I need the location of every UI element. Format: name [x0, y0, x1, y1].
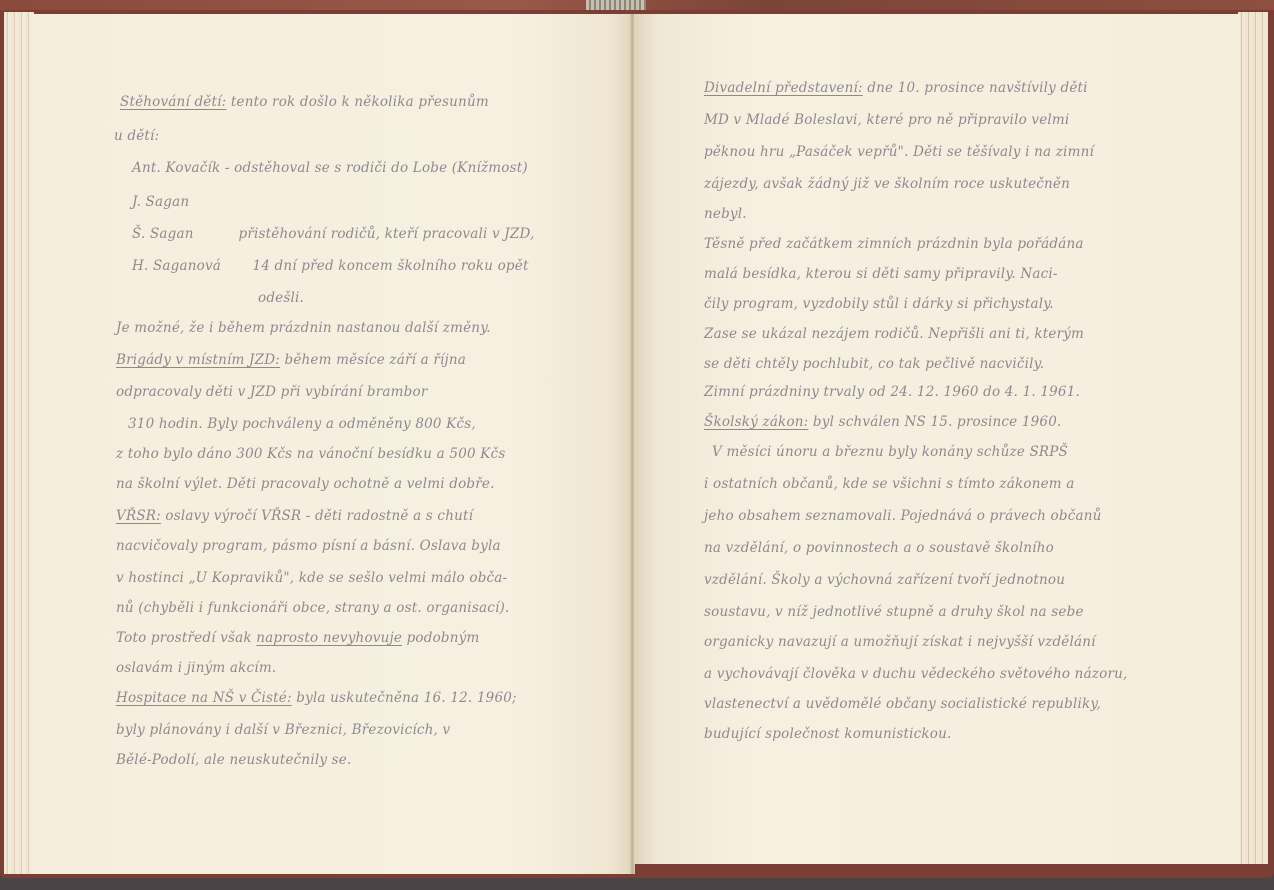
- section-heading: Stěhování dětí:: [120, 94, 226, 110]
- text-line: jeho obsahem seznamovali. Pojednává o pr…: [704, 508, 1102, 524]
- text-line: se děti chtěly pochlubit, co tak pečlivě…: [704, 356, 1044, 372]
- text-line: Toto prostředí však naprosto nevyhovuje …: [116, 630, 479, 646]
- text-line: nacvičovaly program, pásmo písní a básní…: [116, 538, 501, 554]
- text-line: zájezdy, avšak žádný již ve školním roce…: [704, 176, 1070, 192]
- text-line: oslavám i jiným akcím.: [116, 660, 276, 676]
- page-stack-left: [4, 12, 34, 874]
- section-heading: Brigády v místním JZD:: [116, 352, 280, 368]
- text-line: malá besídka, kterou si děti samy připra…: [704, 266, 1058, 282]
- text-line: pěknou hru „Pasáček vepřů". Děti se těší…: [704, 144, 1094, 160]
- text-line: Š. Sagan přistěhování rodičů, kteří prac…: [132, 226, 535, 242]
- text-line: organicky navazují a umožňují získat i n…: [704, 634, 1096, 650]
- text-line: 310 hodin. Byly pochváleny a odměněny 80…: [128, 416, 476, 432]
- left-page: Stěhování dětí: tento rok došlo k několi…: [32, 14, 632, 874]
- right-page: Divadelní představení: dne 10. prosince …: [634, 14, 1240, 864]
- text-line: nů (chyběli i funkcionáři obce, strany a…: [116, 600, 509, 616]
- text-line: budující společnost komunistickou.: [704, 726, 952, 742]
- page-stack-right: [1238, 12, 1268, 864]
- text-line: Školský zákon: byl schválen NS 15. prosi…: [704, 414, 1062, 430]
- text-line: čily program, vyzdobily stůl i dárky si …: [704, 296, 1054, 312]
- underlined-phrase: naprosto nevyhovuje: [256, 630, 402, 646]
- section-heading: VŘSR:: [116, 508, 161, 524]
- text-line: v hostinci „U Kopraviků", kde se sešlo v…: [116, 570, 507, 586]
- text-line: soustavu, v níž jednotlivé stupně a druh…: [704, 604, 1084, 620]
- text-line: Bělé-Podolí, ale neuskutečnily se.: [116, 752, 352, 768]
- left-page-text: Stěhování dětí: tento rok došlo k několi…: [32, 14, 632, 874]
- text-line: H. Saganová 14 dní před koncem školního …: [132, 258, 529, 274]
- text-line: na vzdělání, o povinnostech a o soustavě…: [704, 540, 1054, 556]
- text-line: V měsíci únoru a březnu byly konány schů…: [712, 444, 1068, 460]
- right-page-text: Divadelní představení: dne 10. prosince …: [634, 14, 1240, 864]
- text-line: Zase se ukázal nezájem rodičů. Nepřišli …: [704, 326, 1084, 342]
- section-heading: Školský zákon:: [704, 414, 808, 430]
- text-line: J. Sagan: [132, 194, 189, 210]
- section-heading: Hospitace na NŠ v Čisté:: [116, 690, 292, 706]
- section-heading: Divadelní představení:: [704, 80, 863, 96]
- text-line: u dětí:: [114, 128, 159, 144]
- text-line: a vychovávají člověka v duchu vědeckého …: [704, 666, 1128, 682]
- text-line: MD v Mladé Boleslavi, které pro ně připr…: [704, 112, 1069, 128]
- text-line: i ostatních občanů, kde se všichni s tím…: [704, 476, 1075, 492]
- text-line: Je možné, že i během prázdnin nastanou d…: [116, 320, 491, 336]
- text-line: byly plánovány i další v Březnici, Březo…: [116, 722, 450, 738]
- text-line: nebyl.: [704, 206, 747, 222]
- text-line: z toho bylo dáno 300 Kčs na vánoční besí…: [116, 446, 505, 462]
- text-line: VŘSR: oslavy výročí VŘSR - děti radostně…: [116, 508, 473, 524]
- text-line: Stěhování dětí: tento rok došlo k několi…: [120, 94, 489, 110]
- text-line: Brigády v místním JZD: během měsíce září…: [116, 352, 466, 368]
- text-line: Divadelní představení: dne 10. prosince …: [704, 80, 1088, 96]
- text-line: Těsně před začátkem zimních prázdnin byl…: [704, 236, 1084, 252]
- text-line: vzdělání. Školy a výchovná zařízení tvoř…: [704, 572, 1065, 588]
- text-line: odpracovaly děti v JZD při vybírání bram…: [116, 384, 428, 400]
- book-headband: [586, 0, 646, 10]
- text-line: Hospitace na NŠ v Čisté: byla uskutečněn…: [116, 690, 517, 706]
- text-line: na školní výlet. Děti pracovaly ochotně …: [116, 476, 495, 492]
- text-line: odešli.: [258, 290, 304, 306]
- text-line: Zimní prázdniny trvaly od 24. 12. 1960 d…: [704, 384, 1080, 400]
- text-line: Ant. Kovačík - odstěhoval se s rodiči do…: [132, 160, 528, 176]
- text-line: vlastenectví a uvědomělé občany socialis…: [704, 696, 1101, 712]
